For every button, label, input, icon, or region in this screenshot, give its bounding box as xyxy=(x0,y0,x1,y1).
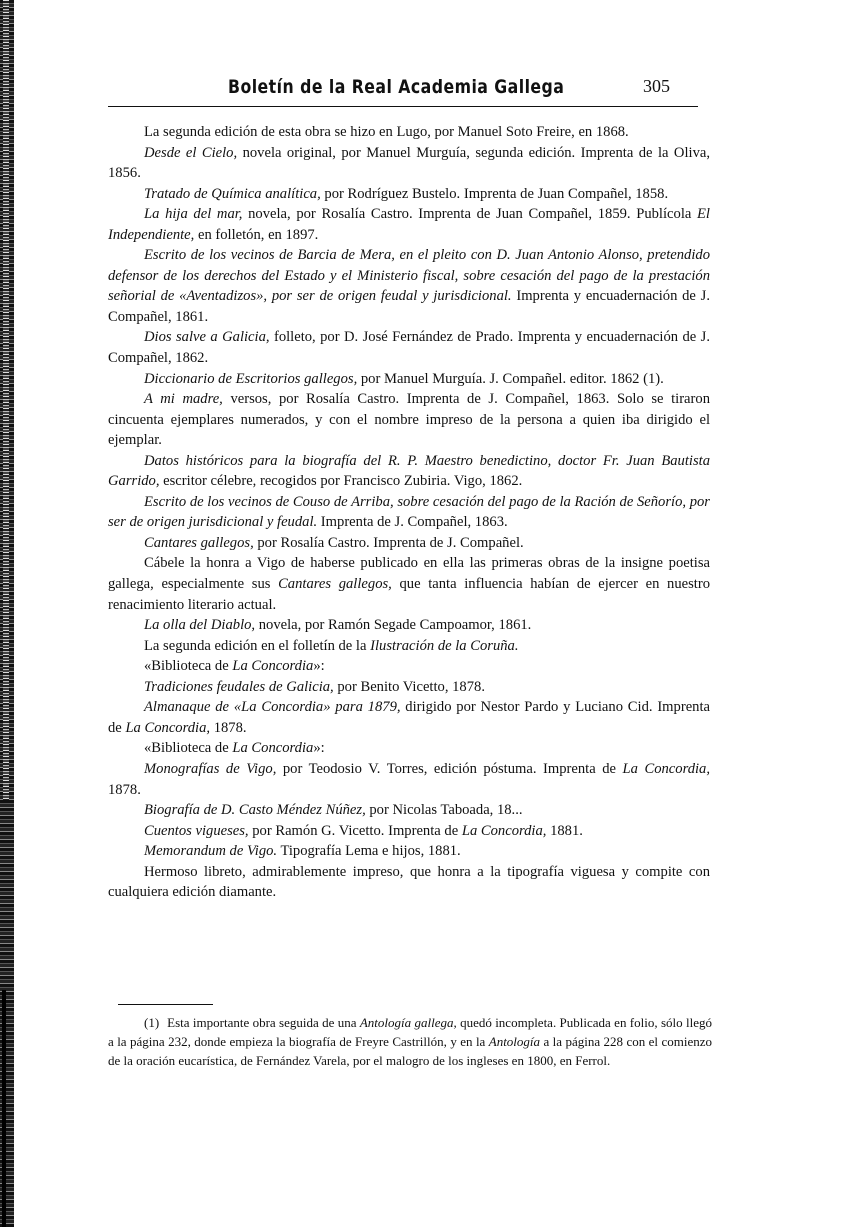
paragraph: Tradiciones feudales de Galicia, por Ben… xyxy=(108,677,710,698)
paragraph: Cuentos vigueses, por Ramón G. Vicetto. … xyxy=(108,821,710,842)
paragraph: Datos históricos para la biografía del R… xyxy=(108,451,710,492)
paragraph: A mi madre, versos, por Rosalía Castro. … xyxy=(108,389,710,451)
running-title: Boletín de la Real Academia Gallega xyxy=(228,76,564,98)
paragraph: Dios salve a Galicia, folleto, por D. Jo… xyxy=(108,327,710,368)
paragraph: Cábele la honra a Vigo de haberse public… xyxy=(108,553,710,615)
page-number: 305 xyxy=(643,76,670,97)
body-text: La segunda edición de esta obra se hizo … xyxy=(108,122,710,903)
paragraph: Almanaque de «La Concordia» para 1879, d… xyxy=(108,697,710,738)
paragraph: Diccionario de Escritorios gallegos, por… xyxy=(108,369,710,390)
paragraph: Hermoso libreto, admirablemente impreso,… xyxy=(108,862,710,903)
footnote-text: (1)Esta importante obra seguida de una A… xyxy=(108,1013,712,1070)
paragraph: «Biblioteca de La Concordia»: xyxy=(108,738,710,759)
paragraph: La olla del Diablo, novela, por Ramón Se… xyxy=(108,615,710,636)
book-binding-edge-lower xyxy=(2,990,6,1227)
paragraph: Cantares gallegos, por Rosalía Castro. I… xyxy=(108,533,710,554)
footnote: (1)Esta importante obra seguida de una A… xyxy=(108,1013,712,1070)
paragraph: La segunda edición en el folletín de la … xyxy=(108,636,710,657)
paragraph: La hija del mar, novela, por Rosalía Cas… xyxy=(108,204,710,245)
paragraph: Desde el Cielo, novela original, por Man… xyxy=(108,143,710,184)
footnote-divider xyxy=(118,1004,213,1005)
footnote-marker: (1) xyxy=(144,1015,159,1030)
page-header: Boletín de la Real Academia Gallega 305 xyxy=(108,72,698,107)
paragraph: Monografías de Vigo, por Teodosio V. Tor… xyxy=(108,759,710,800)
paragraph: Escrito de los vecinos de Barcia de Mera… xyxy=(108,245,710,327)
paragraph: Escrito de los vecinos de Couso de Arrib… xyxy=(108,492,710,533)
paragraph: Tratado de Química analítica, por Rodríg… xyxy=(108,184,710,205)
paragraph: La segunda edición de esta obra se hizo … xyxy=(108,122,710,143)
paragraph: Biografía de D. Casto Méndez Núñez, por … xyxy=(108,800,710,821)
paragraph: «Biblioteca de La Concordia»: xyxy=(108,656,710,677)
paragraph: Memorandum de Vigo. Tipografía Lema e hi… xyxy=(108,841,710,862)
